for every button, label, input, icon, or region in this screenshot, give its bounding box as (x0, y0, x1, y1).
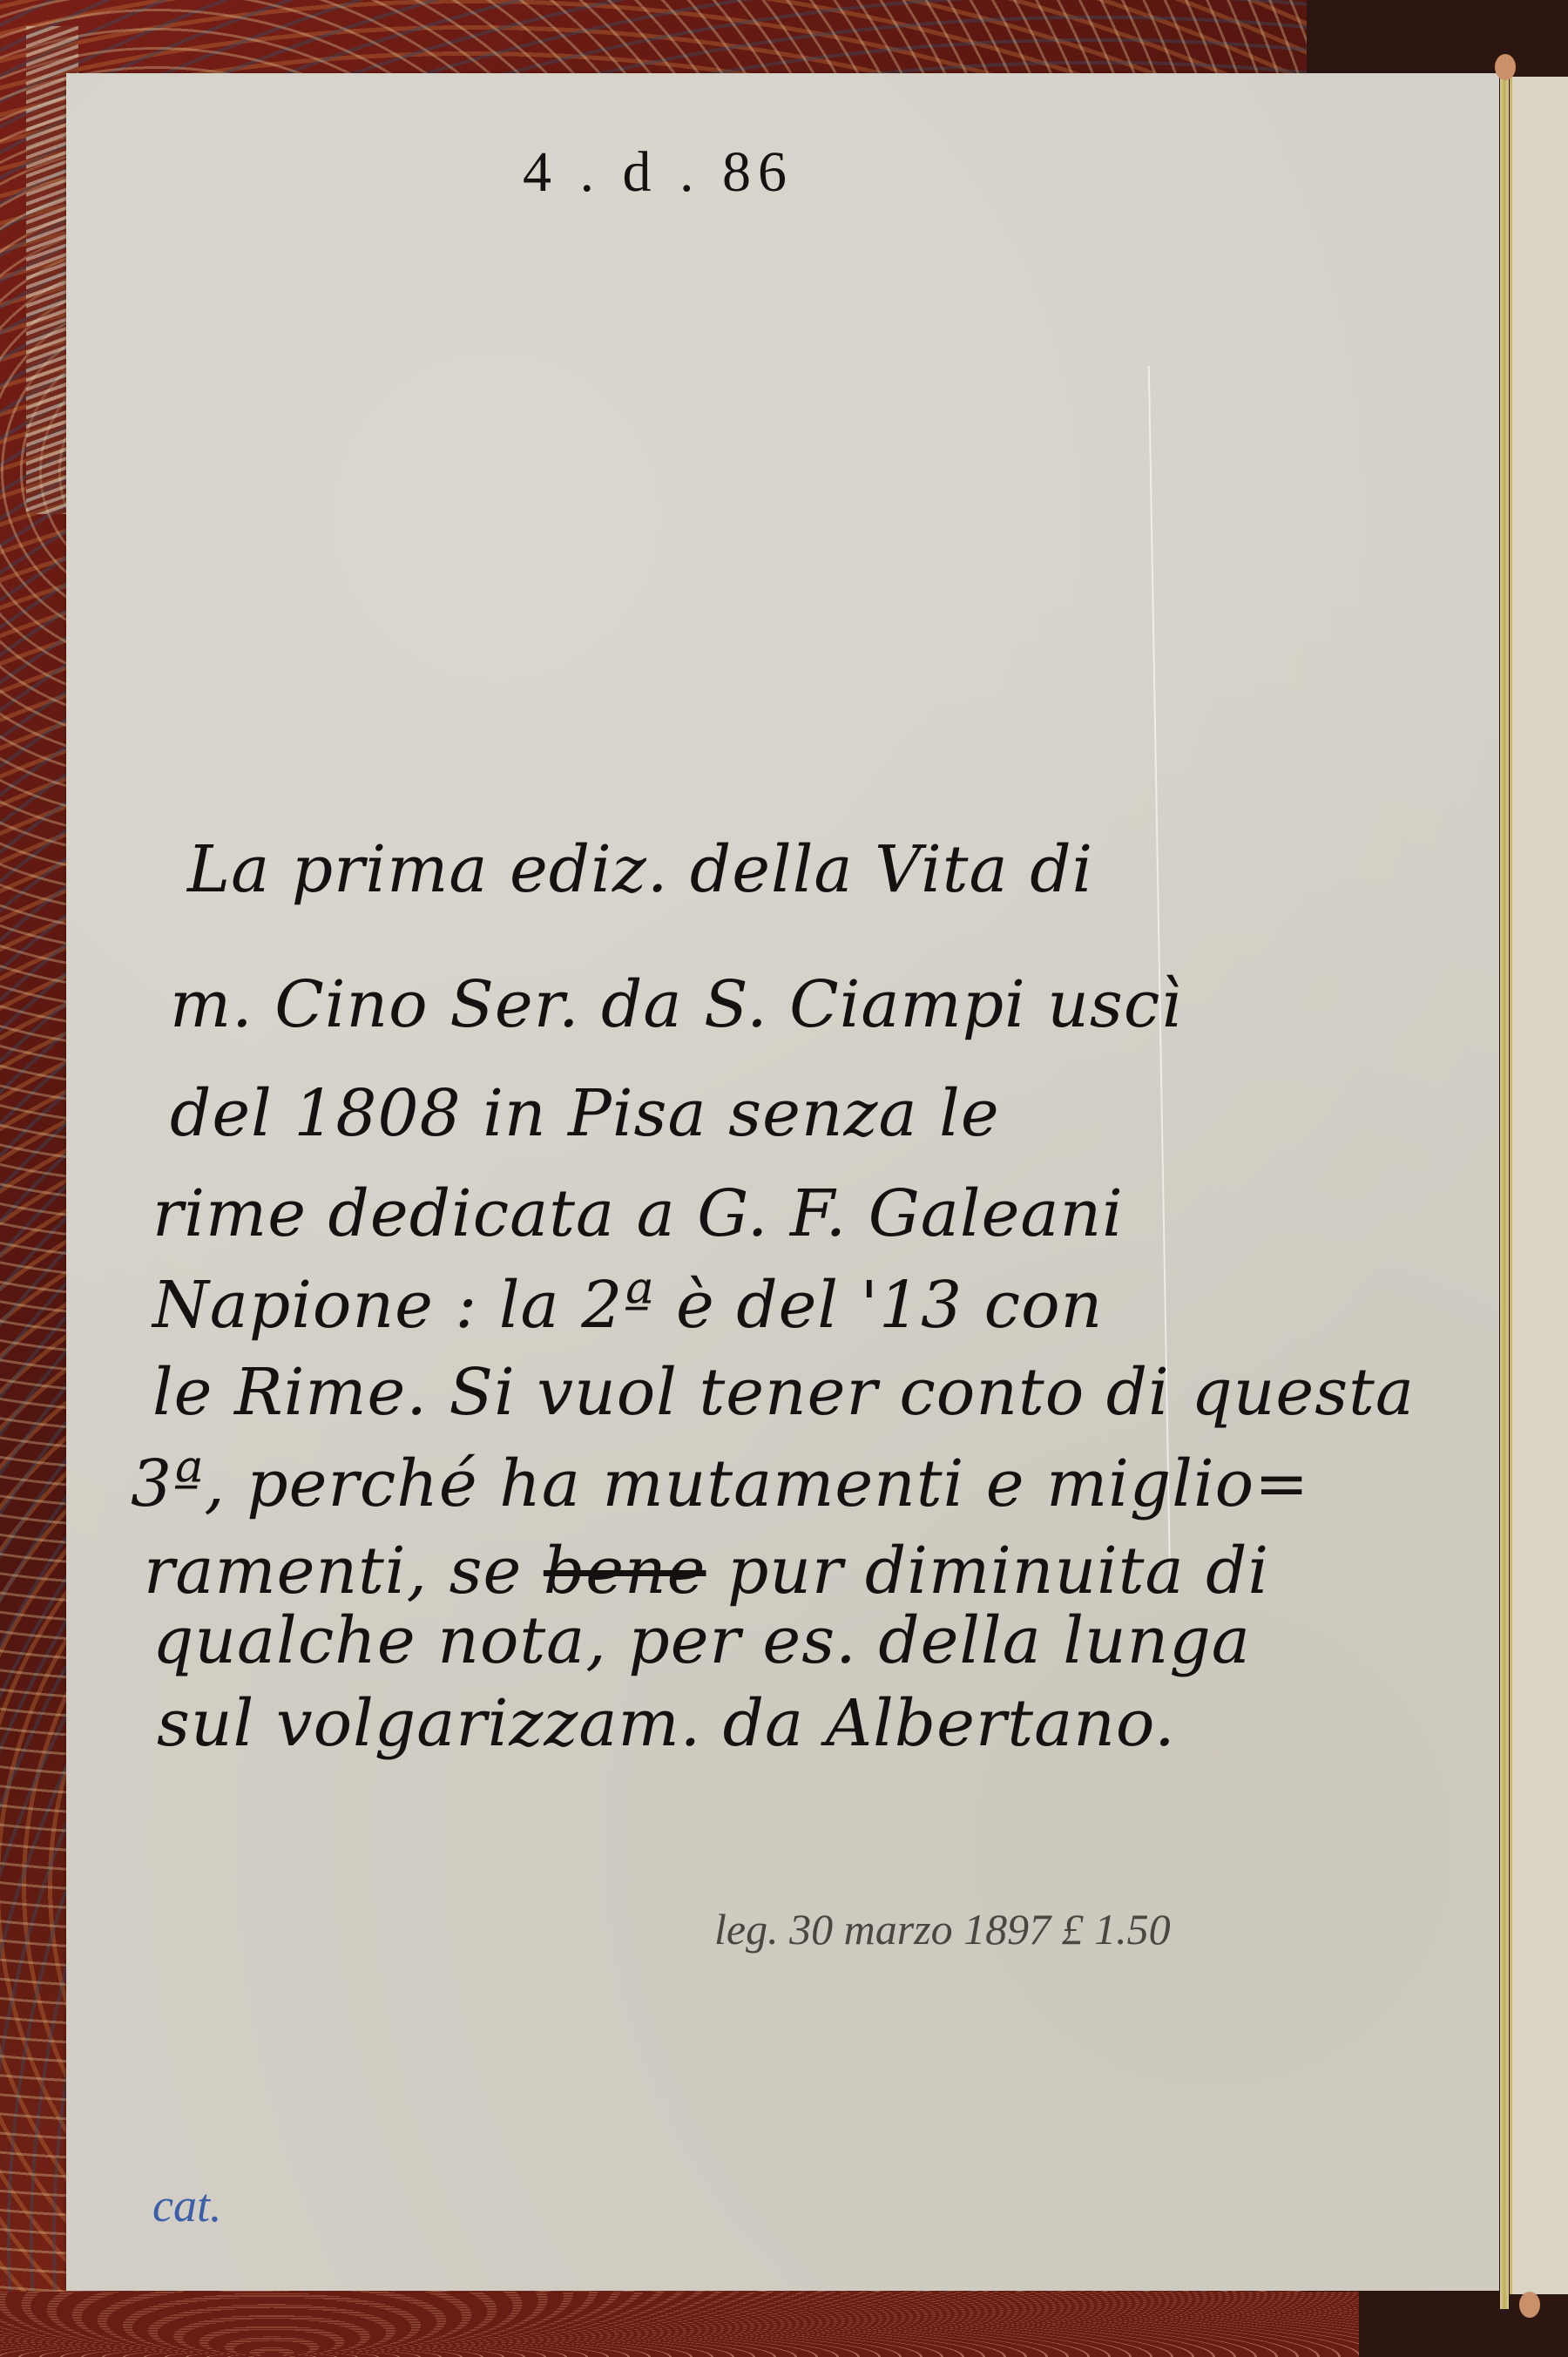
note-line-5: Napione : la 2ª è del '13 con (152, 1268, 1103, 1343)
binding-date-price-note: leg. 30 marzo 1897 £ 1.50 (714, 1904, 1171, 1954)
note-line-7: 3ª, perché ha mutamenti e miglio= (131, 1446, 1309, 1521)
headband-knot (1495, 54, 1516, 80)
shelfmark: 4 . d . 86 (523, 139, 794, 206)
note-line-10: sul volgarizzam. da Albertano. (157, 1686, 1176, 1761)
note-line-2: m. Cino Ser. da S. Ciampi uscì (170, 967, 1182, 1042)
note-line-3: del 1808 in Pisa senza le (170, 1076, 1000, 1151)
marbled-endpaper-bottom (0, 2292, 1359, 2357)
note-line-9: qualche nota, per es. della lunga (152, 1603, 1251, 1678)
note-line-1: La prima ediz. della Vita di (187, 832, 1093, 907)
note-line-4: rime dedicata a G. F. Galeani (152, 1176, 1124, 1251)
note-line-6: le Rime. Si vuol tener conto di questa (152, 1355, 1415, 1430)
note-line-8: ramenti, se bene pur diminuita di (144, 1534, 1269, 1609)
catalog-mark: cat. (152, 2178, 221, 2232)
struck-word: bene (544, 1534, 706, 1609)
binding-gutter (1500, 61, 1509, 2309)
note-line-8-text: ramenti, se bene pur diminuita di (144, 1534, 1269, 1609)
tailband-knot (1519, 2292, 1540, 2318)
facing-page-edge (1510, 77, 1568, 2294)
